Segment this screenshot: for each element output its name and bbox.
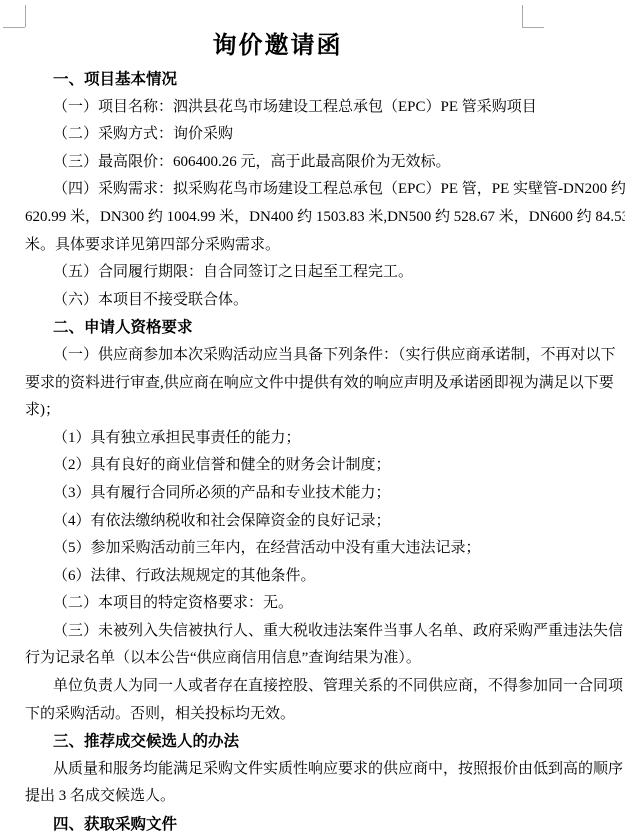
document-text-line: （3）具有履行合同所必须的产品和专业技术能力；	[25, 480, 547, 508]
document-text-line: （二）采购方式：询价采购	[25, 121, 547, 149]
document-heading-line: 四、获取采购文件	[25, 811, 547, 838]
document-heading-line: 一、项目基本情况	[25, 66, 547, 94]
document-page: 询价邀请函 一、项目基本情况（一）项目名称：泗洪县花鸟市场建设工程总承包（EPC…	[0, 0, 625, 838]
document-heading-line: 二、申请人资格要求	[25, 314, 547, 342]
document-text-line: （6）法律、行政法规规定的其他条件。	[25, 563, 547, 591]
document-text-line: （五）合同履行期限：自合同签订之日起至工程完工。	[25, 259, 547, 287]
document-lines: 一、项目基本情况（一）项目名称：泗洪县花鸟市场建设工程总承包（EPC）PE 管采…	[25, 66, 547, 838]
document-text-line: 提出 3 名成交候选人。	[25, 783, 547, 811]
text-boundary-mark-top-right-vertical	[522, 5, 523, 27]
document-text-line: 求)；	[25, 397, 547, 425]
document-text-line: 要求的资料进行审查,供应商在响应文件中提供有效的响应声明及承诺函即视为满足以下要	[25, 370, 547, 398]
document-text-line: （1）具有独立承担民事责任的能力；	[25, 425, 547, 453]
document-text-line: （5）参加采购活动前三年内，在经营活动中没有重大违法记录；	[25, 535, 547, 563]
text-boundary-mark-top-left-horizontal	[3, 27, 25, 28]
document-text-line: 单位负责人为同一人或者存在直接控股、管理关系的不同供应商，不得参加同一合同项	[25, 673, 547, 701]
document-text-line: （一）供应商参加本次采购活动应当具备下列条件：（实行供应商承诺制，不再对以下	[25, 342, 547, 370]
document-text-line: （二）本项目的特定资格要求：无。	[25, 590, 547, 618]
document-text-line: （三）最高限价：606400.26 元，高于此最高限价为无效标。	[25, 149, 547, 177]
document-text-line: （六）本项目不接受联合体。	[25, 287, 547, 315]
document-text-line: （4）有依法缴纳税收和社会保障资金的良好记录；	[25, 508, 547, 536]
document-title: 询价邀请函	[25, 26, 530, 66]
document-text-line: （2）具有良好的商业信誉和健全的财务会计制度；	[25, 452, 547, 480]
document-text-line: 从质量和服务均能满足采购文件实质性响应要求的供应商中，按照报价由低到高的顺序	[25, 756, 547, 784]
document-text-line: 620.99 米，DN300 约 1004.99 米，DN400 约 1503.…	[25, 204, 547, 232]
document-text-line: 米。具体要求详见第四部分采购需求。	[25, 232, 547, 260]
document-text-line: （四）采购需求：拟采购花鸟市场建设工程总承包（EPC）PE 管，PE 实壁管-D…	[25, 176, 547, 204]
document-text-line: （三）未被列入失信被执行人、重大税收违法案件当事人名单、政府采购严重违法失信	[25, 618, 547, 646]
text-boundary-mark-top-left-vertical	[25, 5, 26, 27]
document-text-line: （一）项目名称：泗洪县花鸟市场建设工程总承包（EPC）PE 管采购项目	[25, 94, 547, 122]
document-text-line: 下的采购活动。否则，相关投标均无效。	[25, 701, 547, 729]
document-heading-line: 三、推荐成交候选人的办法	[25, 728, 547, 756]
document-text-line: 行为记录名单（以本公告“供应商信用信息”查询结果为准）。	[25, 645, 547, 673]
